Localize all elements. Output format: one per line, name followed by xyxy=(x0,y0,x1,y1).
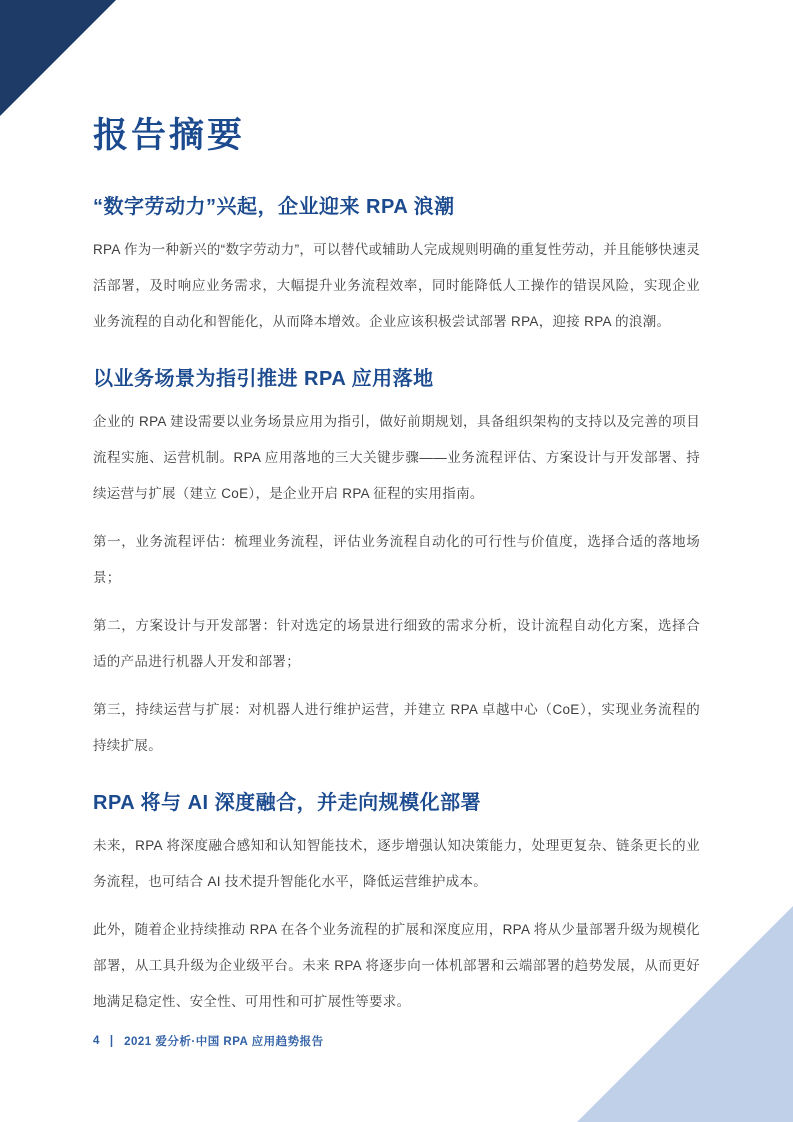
footer-report-title: 2021 爱分析·中国 RPA 应用趋势报告 xyxy=(124,1033,324,1049)
section-heading: RPA 将与 AI 深度融合，并走向规模化部署 xyxy=(93,790,700,816)
section-business-scenario: 以业务场景为指引推进 RPA 应用落地 企业的 RPA 建设需要以业务场景应用为… xyxy=(93,366,700,764)
page-title: 报告摘要 xyxy=(93,114,700,158)
footer-divider: | xyxy=(110,1034,113,1048)
paragraph: 企业的 RPA 建设需要以业务场景应用为指引，做好前期规划，具备组织架构的支持以… xyxy=(93,404,700,512)
page-footer: 4 | 2021 爱分析·中国 RPA 应用趋势报告 xyxy=(93,1033,324,1049)
report-page: 报告摘要 “数字劳动力”兴起，企业迎来 RPA 浪潮 RPA 作为一种新兴的“数… xyxy=(0,0,793,1122)
paragraph-step-1: 第一，业务流程评估：梳理业务流程，评估业务流程自动化的可行性与价值度，选择合适的… xyxy=(93,524,700,596)
section-heading: “数字劳动力”兴起，企业迎来 RPA 浪潮 xyxy=(93,194,700,220)
paragraph-step-2: 第二，方案设计与开发部署：针对选定的场景进行细致的需求分析，设计流程自动化方案，… xyxy=(93,608,700,680)
section-rpa-ai-fusion: RPA 将与 AI 深度融合，并走向规模化部署 未来，RPA 将深度融合感知和认… xyxy=(93,790,700,1020)
paragraph: 此外，随着企业持续推动 RPA 在各个业务流程的扩展和深度应用，RPA 将从少量… xyxy=(93,912,700,1020)
report-content: 报告摘要 “数字劳动力”兴起，企业迎来 RPA 浪潮 RPA 作为一种新兴的“数… xyxy=(0,0,793,1020)
page-number: 4 xyxy=(93,1035,100,1047)
paragraph: 未来，RPA 将深度融合感知和认知智能技术，逐步增强认知决策能力，处理更复杂、链… xyxy=(93,828,700,900)
paragraph-step-3: 第三，持续运营与扩展：对机器人进行维护运营，并建立 RPA 卓越中心（CoE），… xyxy=(93,692,700,764)
paragraph: RPA 作为一种新兴的“数字劳动力”，可以替代或辅助人完成规则明确的重复性劳动，… xyxy=(93,232,700,340)
section-heading: 以业务场景为指引推进 RPA 应用落地 xyxy=(93,366,700,392)
section-digital-labor: “数字劳动力”兴起，企业迎来 RPA 浪潮 RPA 作为一种新兴的“数字劳动力”… xyxy=(93,194,700,340)
